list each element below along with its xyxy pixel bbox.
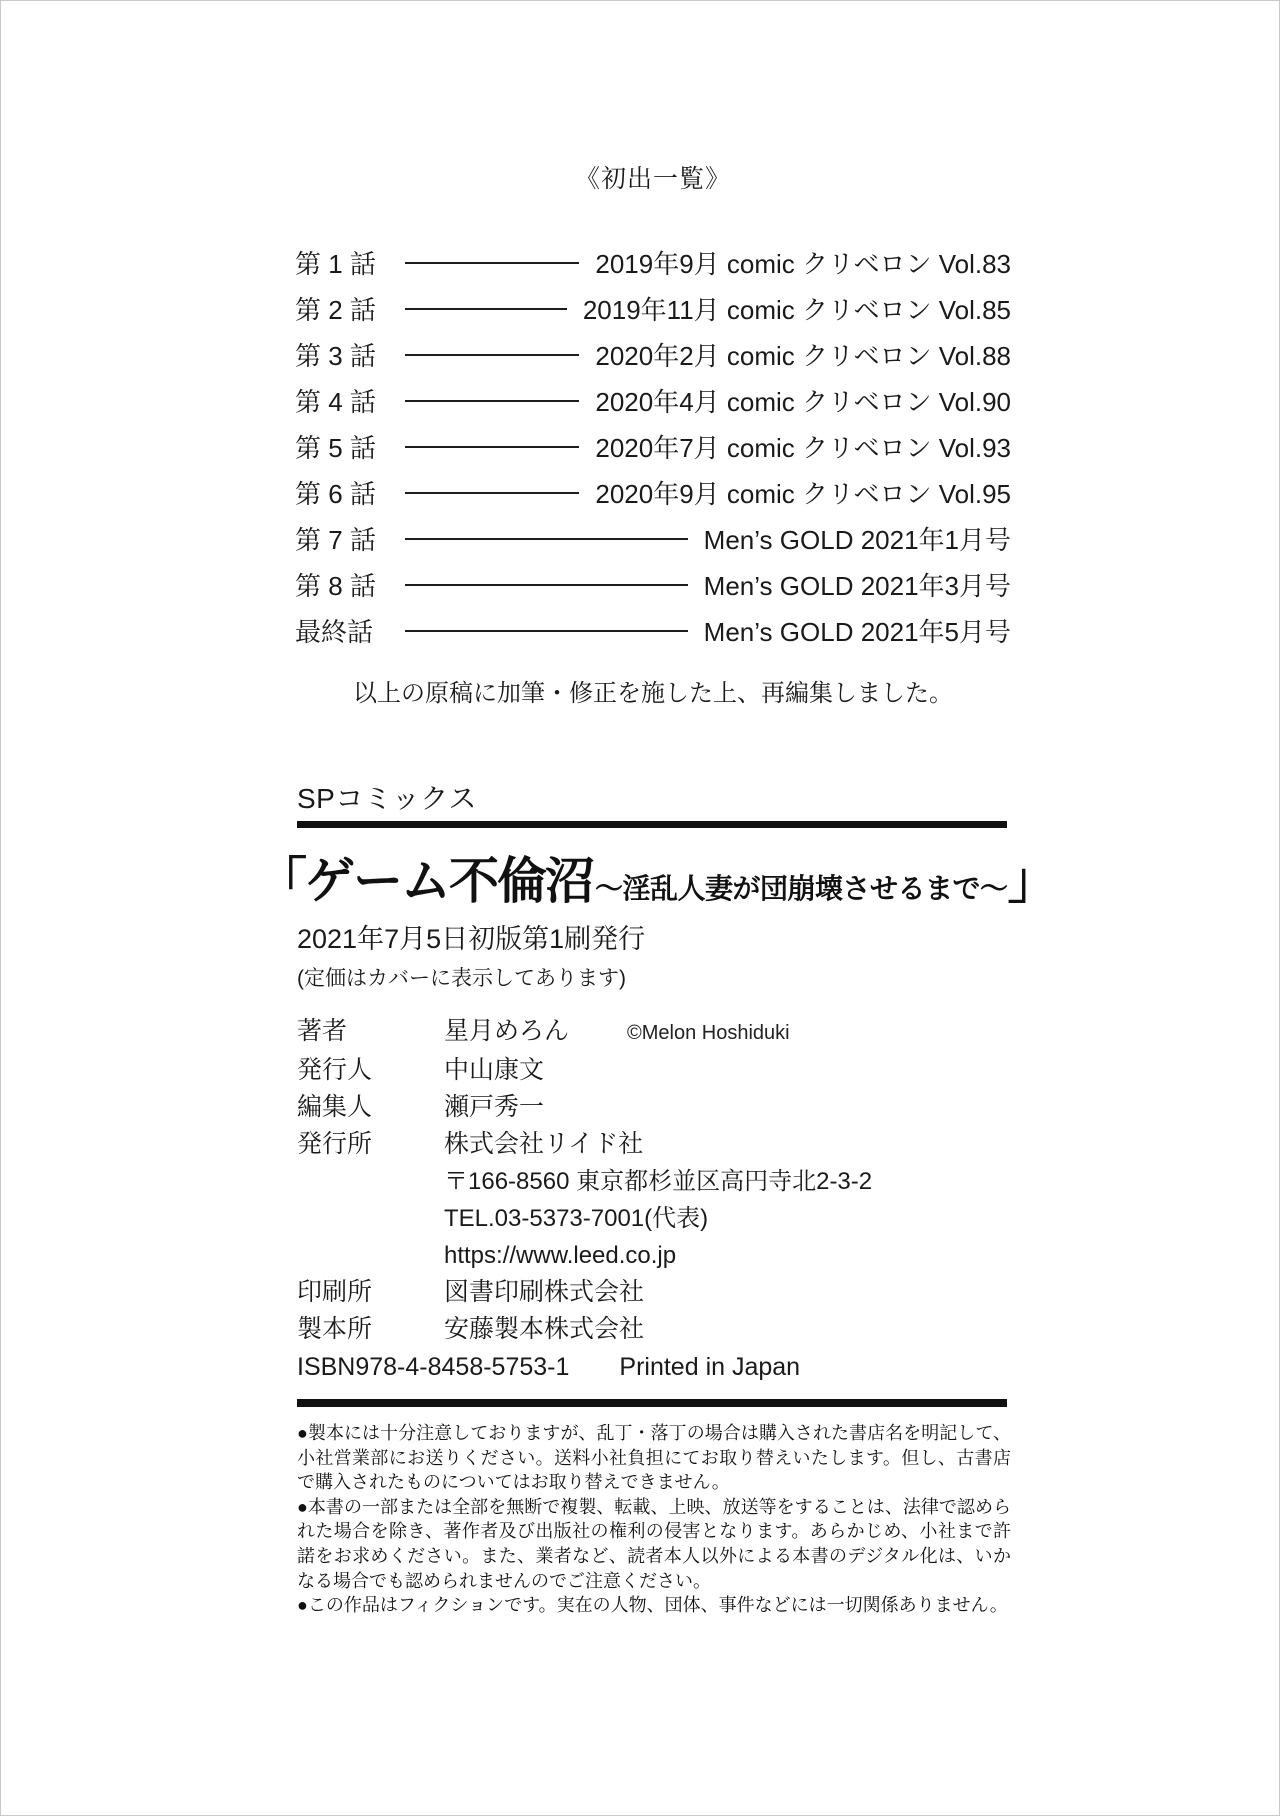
credit-value: 星月めろん (444, 1013, 569, 1050)
publication-source: Men’s GOLD 2021年1月号 (704, 520, 1011, 557)
divider-bar-top (297, 821, 1007, 828)
publication-source: 2019年9月 comic クリベロン Vol.83 (595, 244, 1011, 281)
credit-value: 図書印刷株式会社 (444, 1274, 644, 1311)
chapter-label: 第 5 話 (295, 428, 399, 465)
publication-row: 第 1 話 2019年9月 comic クリベロン Vol.83 (295, 239, 1011, 285)
credit-value: 株式会社リイド社 (444, 1126, 643, 1163)
chapter-label: 第 7 話 (295, 520, 399, 557)
credit-label: 製本所 (297, 1311, 444, 1348)
credit-label: 著者 (297, 1013, 444, 1050)
publication-source: Men’s GOLD 2021年3月号 (704, 566, 1011, 603)
series-label: SPコミックス (297, 777, 477, 817)
book-title-main: 「ゲーム不倫沼 (257, 841, 593, 913)
copyright-credit: ©Melon Hoshiduki (627, 1015, 790, 1052)
credit-value: 瀬戸秀一 (444, 1089, 544, 1126)
chapter-label: 第 6 話 (295, 474, 399, 511)
credit-value: 中山康文 (444, 1052, 544, 1089)
credits-table: 著者 星月めろん ©Melon Hoshiduki 発行人 中山康文 編集人 瀬… (297, 1013, 1009, 1348)
publication-source: Men’s GOLD 2021年5月号 (704, 612, 1011, 649)
publication-row: 第 2 話 2019年11月 comic クリベロン Vol.85 (295, 285, 1011, 331)
notice-fiction-disclaimer: ●この作品はフィクションです。実在の人物、団体、事件などには一切関係ありません。 (297, 1593, 1011, 1618)
chapter-label: 第 4 話 (295, 382, 399, 419)
chapter-label: 第 2 話 (295, 290, 399, 327)
isbn-row: ISBN978-4-8458-5753-1 Printed in Japan (297, 1349, 1009, 1386)
leader-line (405, 400, 579, 402)
publication-row: 最終話 Men’s GOLD 2021年5月号 (295, 607, 1011, 653)
credit-row-editor: 編集人 瀬戸秀一 (297, 1089, 1009, 1126)
publisher-tel: TEL.03-5373-7001(代表) (297, 1200, 1009, 1237)
credit-row-bookbinder: 製本所 安藤製本株式会社 (297, 1311, 1009, 1348)
leader-line (405, 262, 579, 264)
credit-label: 印刷所 (297, 1274, 444, 1311)
credit-row-publishing-house: 発行所 株式会社リイド社 (297, 1126, 1009, 1163)
printed-in-japan: Printed in Japan (619, 1349, 800, 1386)
publication-row: 第 5 話 2020年7月 comic クリベロン Vol.93 (295, 423, 1011, 469)
first-publication-heading: 《初出一覧》 (297, 159, 1009, 195)
credit-label: 発行所 (297, 1126, 444, 1163)
publication-row: 第 7 話 Men’s GOLD 2021年1月号 (295, 515, 1011, 561)
publication-source: 2019年11月 comic クリベロン Vol.85 (583, 290, 1011, 327)
price-note: (定価はカバーに表示してあります) (297, 962, 626, 992)
publication-source: 2020年2月 comic クリベロン Vol.88 (595, 336, 1011, 373)
colophon-page: 《初出一覧》 第 1 話 2019年9月 comic クリベロン Vol.83 … (0, 0, 1280, 1816)
divider-bar-bottom (297, 1399, 1007, 1407)
credit-label: 発行人 (297, 1052, 444, 1089)
leader-line (405, 630, 688, 632)
chapter-label: 第 1 話 (295, 244, 399, 281)
credit-row-author: 著者 星月めろん ©Melon Hoshiduki (297, 1013, 1009, 1052)
publication-row: 第 6 話 2020年9月 comic クリベロン Vol.95 (295, 469, 1011, 515)
book-title: 「ゲーム不倫沼 ～淫乱人妻が団崩壊させるまで～ 」 (257, 841, 1037, 913)
leader-line (405, 354, 579, 356)
leader-line (405, 308, 567, 310)
leader-line (405, 446, 579, 448)
leader-line (405, 584, 688, 586)
credit-row-publisher-person: 発行人 中山康文 (297, 1052, 1009, 1089)
publication-source: 2020年7月 comic クリベロン Vol.93 (595, 428, 1011, 465)
notices-block: ●製本には十分注意しておりますが、乱丁・落丁の場合は購入された書店名を明記して、… (297, 1421, 1011, 1618)
chapter-label: 第 3 話 (295, 336, 399, 373)
book-title-closing-bracket: 」 (1008, 841, 1056, 913)
reedit-note: 以上の原稿に加筆・修正を施した上、再編集しました。 (297, 673, 1009, 708)
credit-value: 安藤製本株式会社 (444, 1311, 644, 1348)
notice-binding-defects: ●製本には十分注意しておりますが、乱丁・落丁の場合は購入された書店名を明記して、… (297, 1421, 1011, 1495)
publisher-address: 〒166-8560 東京都杉並区高円寺北2-3-2 (297, 1163, 1009, 1200)
chapter-label: 最終話 (295, 612, 399, 649)
leader-line (405, 492, 579, 494)
publisher-url: https://www.leed.co.jp (297, 1237, 1009, 1274)
publication-row: 第 8 話 Men’s GOLD 2021年3月号 (295, 561, 1011, 607)
publication-source: 2020年9月 comic クリベロン Vol.95 (595, 474, 1011, 511)
leader-line (405, 538, 688, 540)
isbn-number: ISBN978-4-8458-5753-1 (297, 1349, 569, 1386)
publication-row: 第 4 話 2020年4月 comic クリベロン Vol.90 (295, 377, 1011, 423)
credit-row-printer: 印刷所 図書印刷株式会社 (297, 1274, 1009, 1311)
book-title-subtitle: ～淫乱人妻が団崩壊させるまで～ (595, 867, 1008, 907)
credit-label: 編集人 (297, 1089, 444, 1126)
publication-source: 2020年4月 comic クリベロン Vol.90 (595, 382, 1011, 419)
chapter-label: 第 8 話 (295, 566, 399, 603)
first-publication-list: 第 1 話 2019年9月 comic クリベロン Vol.83 第 2 話 2… (295, 239, 1011, 653)
print-date: 2021年7月5日初版第1刷発行 (297, 917, 645, 956)
notice-copyright: ●本書の一部または全部を無断で複製、転載、上映、放送等をすることは、法律で認めら… (297, 1495, 1011, 1593)
publication-row: 第 3 話 2020年2月 comic クリベロン Vol.88 (295, 331, 1011, 377)
